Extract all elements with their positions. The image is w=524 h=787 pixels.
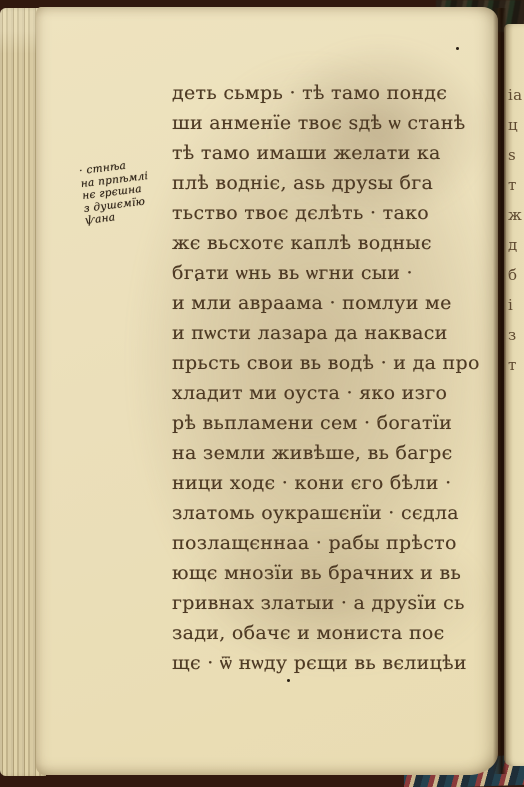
- text-line: ши анменїе твоє ѕдѣ ѡ станѣ: [172, 108, 512, 138]
- gutter-shadow: [493, 8, 506, 774]
- text-line: и мли авраама · помлуи ме: [172, 288, 512, 318]
- margin-note: · стнѣа на прпѣмлі нє грєшна з душємїю ѱ…: [79, 153, 186, 227]
- text-line: зади, обачє и мониста поє: [172, 618, 512, 648]
- manuscript-photo: іа ц ѕ т ж д б і з т деть сьмрь · тѣ там…: [0, 0, 524, 787]
- text-line: плѣ водніє, аѕь друѕы бга: [172, 168, 512, 198]
- text-line: рѣ вьпламени сем · богатїи: [172, 408, 512, 438]
- text-line: тѣ тамо имаши желати ка: [172, 138, 512, 168]
- text-line: ници ходє · кони єго бѣли ·: [172, 468, 512, 498]
- text-line: хладит ми оуста · яко изго: [172, 378, 512, 408]
- ink-speck: [196, 279, 198, 281]
- text-line: бгати ѡнь вь ѡгни сыи ·: [172, 258, 512, 288]
- text-line: позлащєннаа · рабы прѣсто: [172, 528, 512, 558]
- text-line: и пѡсти лазара да накваси: [172, 318, 512, 348]
- text-line: тьство твоє дєлѣть · тако: [172, 198, 512, 228]
- text-line: гривнах златыи · а друѕїи сь: [172, 588, 512, 618]
- left-page: деть сьмрь · тѣ тамо пондє ши анменїе тв…: [36, 7, 498, 775]
- text-line: жє вьсхотє каплѣ водныє: [172, 228, 512, 258]
- manuscript-text-block: деть сьмрь · тѣ тамо пондє ши анменїе тв…: [172, 78, 512, 678]
- text-line: на земли живѣше, вь багрє: [172, 438, 512, 468]
- text-line: деть сьмрь · тѣ тамо пондє: [172, 78, 512, 108]
- ink-speck: [287, 679, 290, 682]
- text-line: прьсть свои вь водѣ · и да про: [172, 348, 512, 378]
- text-line: златомь оукрашєнїи · сєдла: [172, 498, 512, 528]
- ink-speck: [456, 47, 459, 50]
- text-line: щє · ѿ нѡду рєщи вь вєлицѣи: [172, 648, 512, 678]
- text-line: ющє мнозїи вь брачних и вь: [172, 558, 512, 588]
